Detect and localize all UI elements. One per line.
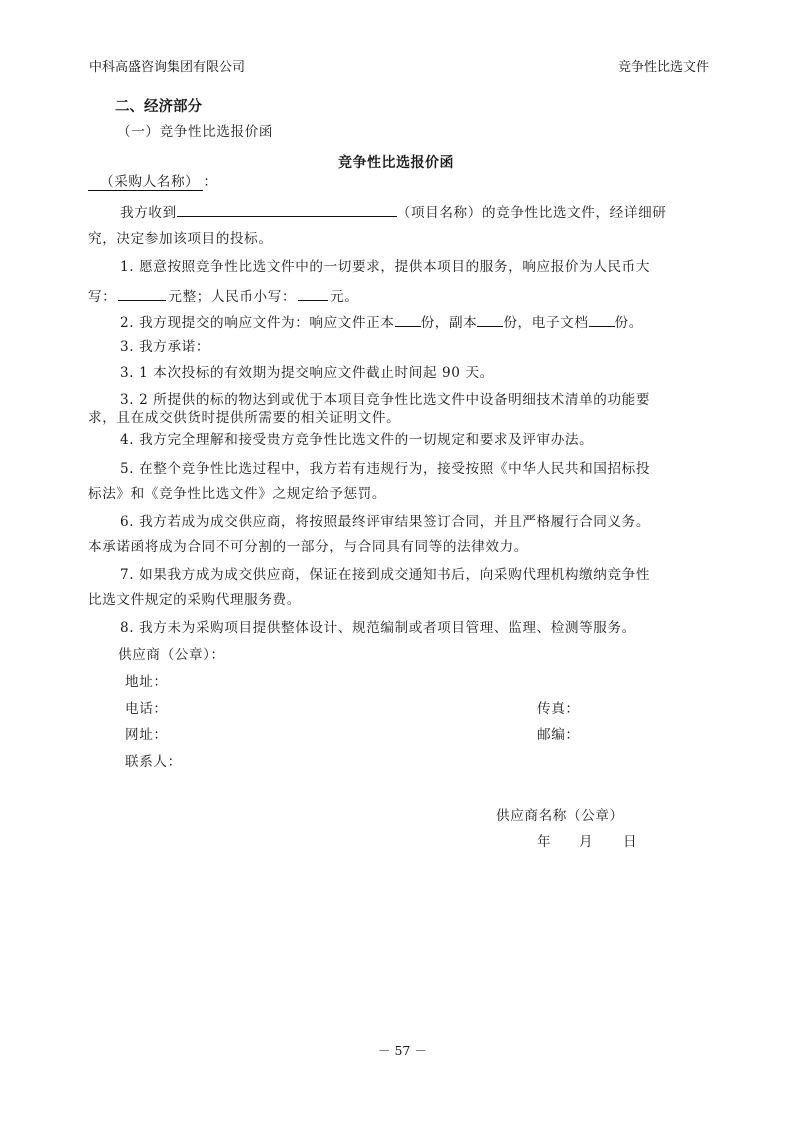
electronic-copies-blank[interactable] [589,313,615,327]
item-2-text-d: 份。 [615,315,643,331]
item-1-line-2: 写：元整；人民币小写：元。 [88,287,359,305]
item-1-text-b: 元整；人民币小写： [168,289,296,305]
item-1-line-1: 1. 愿意按照竞争性比选文件中的一切要求，提供本项目的服务，响应报价为人民币大 [120,259,650,275]
website-label: 网址： [125,727,168,743]
intro-prefix: 我方收到 [120,205,177,221]
item-2-text-c: 份，电子文档 [503,315,588,331]
item-7-line-2: 比选文件规定的采购代理服务费。 [88,592,301,608]
item-3-1: 3. 1 本次投标的有效期为提交响应文件截止时间起 90 天。 [120,365,494,381]
item-7-line-1: 7. 如果我方成为成交供应商，保证在接到成交通知书后，向采购代理机构缴纳竞争性 [120,567,650,583]
item-8: 8. 我方未为采购项目提供整体设计、规范编制或者项目管理、监理、检测等服务。 [120,620,636,636]
supplier-seal-label: 供应商（公章）： [118,647,225,663]
recipient-colon: ： [203,174,217,190]
contact-label: 联系人： [125,754,182,770]
item-4: 4. 我方完全理解和接受贵方竞争性比选文件的一切规定和要求及评审办法。 [120,432,593,448]
project-name-blank[interactable] [177,203,397,217]
item-6-line-2: 本承诺函将成为合同不可分割的一部分，与合同具有同等的法律效力。 [88,539,528,555]
item-2-text-a: 2. 我方现提交的响应文件为：响应文件正本 [120,315,395,331]
page-number: － 57 － [378,1041,427,1059]
item-2-text-b: 份，副本 [421,315,478,331]
supplier-name-seal: 供应商名称（公章） [496,808,624,824]
item-1-text-c: 元。 [330,289,358,305]
header-doc-type: 竞争性比选文件 [618,56,709,75]
item-5-line-1: 5. 在整个竞争性比选过程中，我方若有违规行为，接受按照《中华人民共和国招标投 [120,461,650,477]
price-lowercase-blank[interactable] [298,287,328,301]
section-subtitle: （一）竞争性比选报价函 [117,124,273,140]
postcode-label: 邮编： [537,727,580,743]
intro-line-1: 我方收到（项目名称）的竞争性比选文件，经详细研 [120,203,666,221]
recipient-name: （采购人名称） [88,174,203,191]
item-3-2-line-2: 求，且在成交供货时提供所需要的相关证明文件。 [88,410,400,426]
letter-title: 竞争性比选报价函 [338,152,454,172]
price-uppercase-blank[interactable] [118,287,166,301]
duplicate-copies-blank[interactable] [477,313,503,327]
section-title: 二、经济部分 [115,95,202,116]
item-1-text-a: 写： [88,289,116,305]
date-day: 日 [623,834,637,850]
phone-label: 电话： [125,701,168,717]
date-year: 年 [537,834,551,850]
item-3: 3. 我方承诺： [120,339,210,355]
recipient-line: （采购人名称）： [88,174,218,191]
item-6-line-1: 6. 我方若成为成交供应商，将按照最终评审结果签订合同，并且严格履行合同义务。 [120,514,650,530]
fax-label: 传真： [537,701,580,717]
address-label: 地址： [125,674,168,690]
intro-line-2: 究，决定参加该项目的投标。 [88,231,273,247]
header-company: 中科高盛咨询集团有限公司 [89,56,245,75]
date-month: 月 [579,834,593,850]
intro-suffix: （项目名称）的竞争性比选文件，经详细研 [397,205,667,221]
item-3-2-line-1: 3. 2 所提供的标的物达到或优于本项目竞争性比选文件中设备明细技术清单的功能要 [120,392,650,408]
item-5-line-2: 标法》和《竞争性比选文件》之规定给予惩罚。 [88,486,386,502]
original-copies-blank[interactable] [395,313,421,327]
item-2: 2. 我方现提交的响应文件为：响应文件正本份，副本份，电子文档份。 [120,313,643,331]
